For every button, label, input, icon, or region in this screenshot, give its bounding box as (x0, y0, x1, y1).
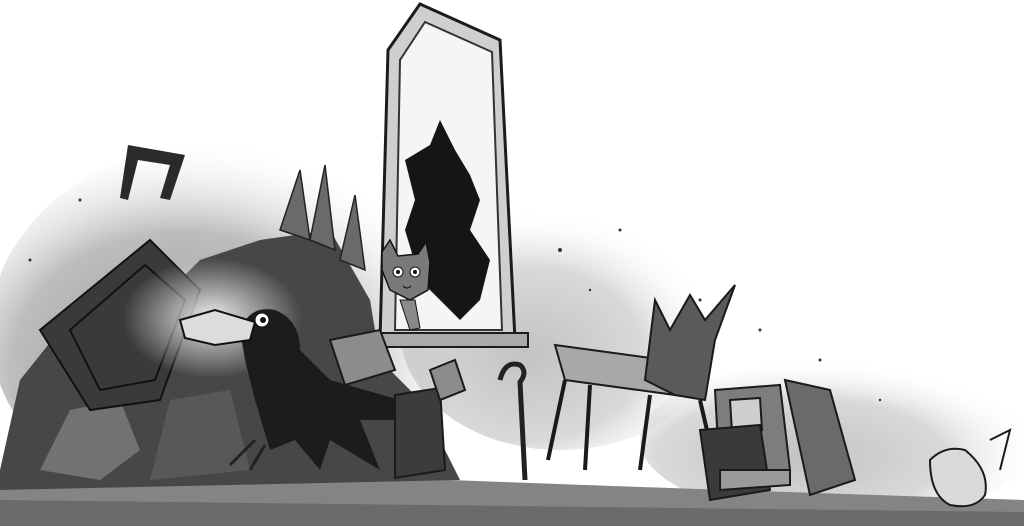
window-sill (372, 333, 528, 347)
illustration-scene (0, 0, 1024, 526)
broken-window (372, 4, 528, 347)
pencil-illustration (0, 0, 1024, 526)
